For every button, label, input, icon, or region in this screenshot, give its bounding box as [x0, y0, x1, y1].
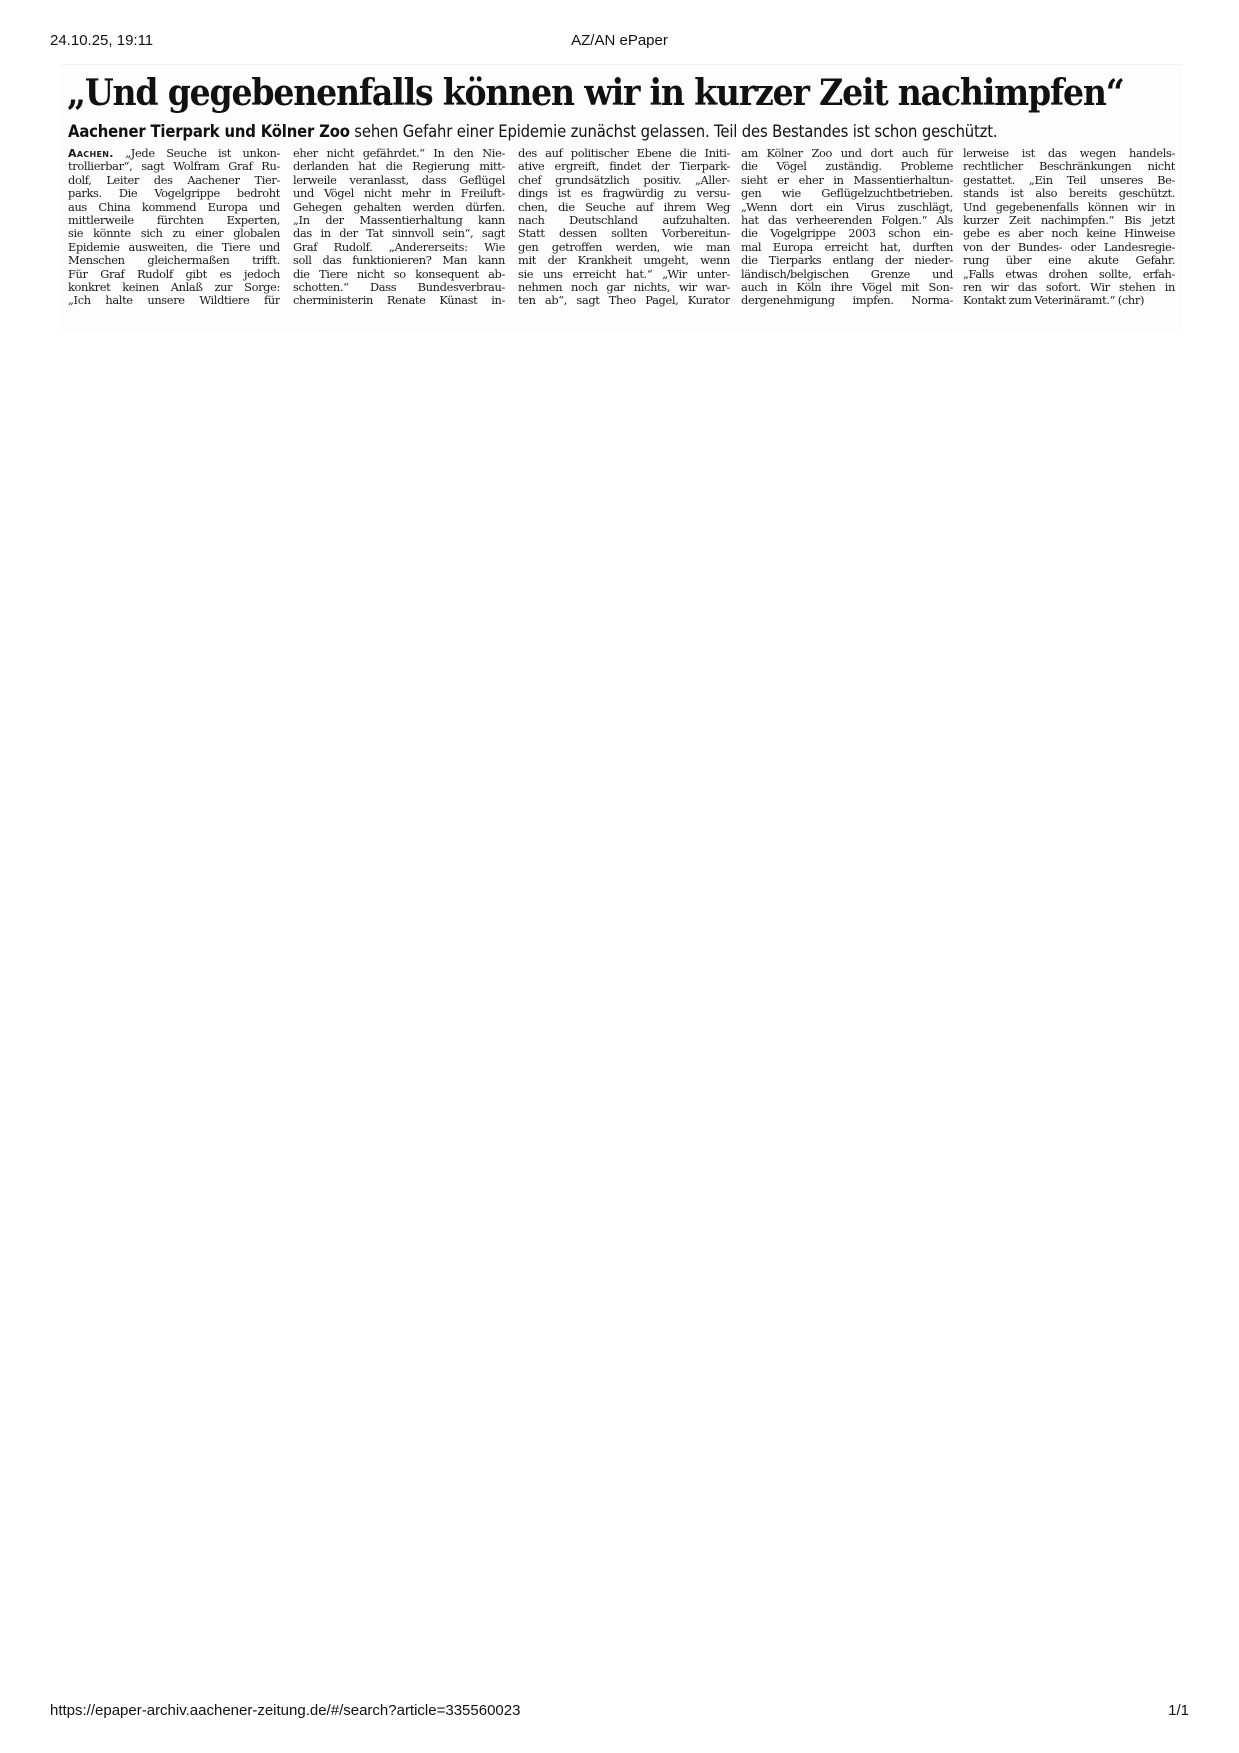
column-line: „In der Massentierhaltung kann	[293, 214, 505, 227]
column-line: dergenehmigung impfen. Norma-	[741, 294, 953, 307]
column-line: sie uns erreicht hat.“ „Wir unter-	[518, 268, 730, 281]
column-line: Statt dessen sollten Vorbereitun-	[518, 227, 730, 240]
column-line: schotten.“ Dass Bundesverbrau-	[293, 281, 505, 294]
column-line: mittlerweile fürchten Experten,	[68, 214, 280, 227]
column-line: konkret keinen Anlaß zur Sorge:	[68, 281, 280, 294]
column-line: ländisch/belgischen Grenze und	[741, 268, 953, 281]
column-line: ten ab“, sagt Theo Pagel, Kurator	[518, 294, 730, 307]
column-line: lerweile veranlasst, dass Geflügel	[293, 174, 505, 187]
column-line: die Vogelgrippe 2003 schon ein-	[741, 227, 953, 240]
page-indicator: 1/1	[1168, 1702, 1189, 1720]
column-line: „Ich halte unsere Wildtiere für	[68, 294, 280, 307]
column-line: gebe es aber noch keine Hinweise	[963, 227, 1175, 240]
column-line: chef grundsätzlich positiv. „Aller-	[518, 174, 730, 187]
column-line: Graf Rudolf. „Andererseits: Wie	[293, 241, 505, 254]
column-line: Gehegen gehalten werden dürfen.	[293, 201, 505, 214]
column-line: auch in Köln ihre Vögel mit Son-	[741, 281, 953, 294]
column-line: und Vögel nicht mehr in Freiluft-	[293, 187, 505, 200]
column-line: trollierbar“, sagt Wolfram Graf Ru-	[68, 160, 280, 173]
column-line: lerweise ist das wegen handels-	[963, 147, 1175, 160]
column-line: nehmen noch gar nichts, wir war-	[518, 281, 730, 294]
column-line: aus China kommend Europa und	[68, 201, 280, 214]
column-line: nach Deutschland aufzuhalten.	[518, 214, 730, 227]
article-dateline: Aachen.	[68, 147, 114, 160]
column-line: chen, die Seuche auf ihrem Weg	[518, 201, 730, 214]
article-clipping: „Und gegebenenfalls können wir in kurzer…	[60, 64, 1182, 333]
column-line: gen getroffen werden, wie man	[518, 241, 730, 254]
column-line: gestattet. „Ein Teil unseres Be-	[963, 174, 1175, 187]
column-line: hat das verheerenden Folgen.“ Als	[741, 214, 953, 227]
column-line: ative ergreift, findet der Tierpark-	[518, 160, 730, 173]
column-line: sieht er eher in Massentierhaltun-	[741, 174, 953, 187]
column-line: dolf, Leiter des Aachener Tier-	[68, 174, 280, 187]
column-line: soll das funktionieren? Man kann	[293, 254, 505, 267]
column-line: die Vögel zuständig. Probleme	[741, 160, 953, 173]
article-column-5: lerweise ist das wegen handels- rechtlic…	[963, 147, 1175, 308]
column-line: kurzer Zeit nachimpfen.“ Bis jetzt	[963, 214, 1175, 227]
column-line: Kontakt zum Veterinäramt.“ (chr)	[963, 294, 1175, 307]
article-body: Aachen. „Jede Seuche ist unkon- trollier…	[68, 147, 1180, 327]
article-column-1: Aachen. „Jede Seuche ist unkon- trollier…	[68, 147, 280, 308]
subheadline-bold: Aachener Tierpark und Kölner Zoo	[68, 122, 350, 141]
column-line: derlanden hat die Regierung mitt-	[293, 160, 505, 173]
column-line: des auf politischer Ebene die Initi-	[518, 147, 730, 160]
print-title: AZ/AN ePaper	[0, 32, 1239, 50]
column-line: eher nicht gefährdet.“ In den Nie-	[293, 147, 505, 160]
column-line: Für Graf Rudolf gibt es jedoch	[68, 268, 280, 281]
column-line: am Kölner Zoo und dort auch für	[741, 147, 953, 160]
article-headline: „Und gegebenenfalls können wir in kurzer…	[67, 71, 1088, 115]
column-line: von der Bundes- oder Landesregie-	[963, 241, 1175, 254]
column-line: das in der Tat sinnvoll sein“, sagt	[293, 227, 505, 240]
column-line: rechtlicher Beschränkungen nicht	[963, 160, 1175, 173]
column-line: Epidemie ausweiten, die Tiere und	[68, 241, 280, 254]
column-line: parks. Die Vogelgrippe bedroht	[68, 187, 280, 200]
article-column-4: am Kölner Zoo und dort auch für die Vöge…	[741, 147, 953, 308]
column-line: gen wie Geflügelzuchtbetrieben.	[741, 187, 953, 200]
column-line: die Tierparks entlang der nieder-	[741, 254, 953, 267]
column-line: „Falls etwas drohen sollte, erfah-	[963, 268, 1175, 281]
column-line: die Tiere nicht so konsequent ab-	[293, 268, 505, 281]
column-line: cherministerin Renate Künast in-	[293, 294, 505, 307]
column-line: stands ist also bereits geschützt.	[963, 187, 1175, 200]
article-column-3: des auf politischer Ebene die Initi- ati…	[518, 147, 730, 308]
column-line: Aachen. „Jede Seuche ist unkon-	[68, 147, 280, 160]
subheadline-rest: sehen Gefahr einer Epidemie zunächst gel…	[350, 122, 998, 141]
column-line: sie könnte sich zu einer globalen	[68, 227, 280, 240]
column-line: ren wir das sofort. Wir stehen in	[963, 281, 1175, 294]
column-line: „Wenn dort ein Virus zuschlägt,	[741, 201, 953, 214]
column-line: Und gegebenenfalls können wir in	[963, 201, 1175, 214]
column-line: mit der Krankheit umgeht, wenn	[518, 254, 730, 267]
page-url: https://epaper-archiv.aachener-zeitung.d…	[50, 1702, 520, 1720]
column-line: rung über eine akute Gefahr.	[963, 254, 1175, 267]
article-column-2: eher nicht gefährdet.“ In den Nie- derla…	[293, 147, 505, 308]
column-line: dings ist es fragwürdig zu versu-	[518, 187, 730, 200]
article-subheadline: Aachener Tierpark und Kölner Zoo sehen G…	[68, 121, 1067, 143]
column-line: mal Europa erreicht hat, durften	[741, 241, 953, 254]
column-line: Menschen gleichermaßen trifft.	[68, 254, 280, 267]
